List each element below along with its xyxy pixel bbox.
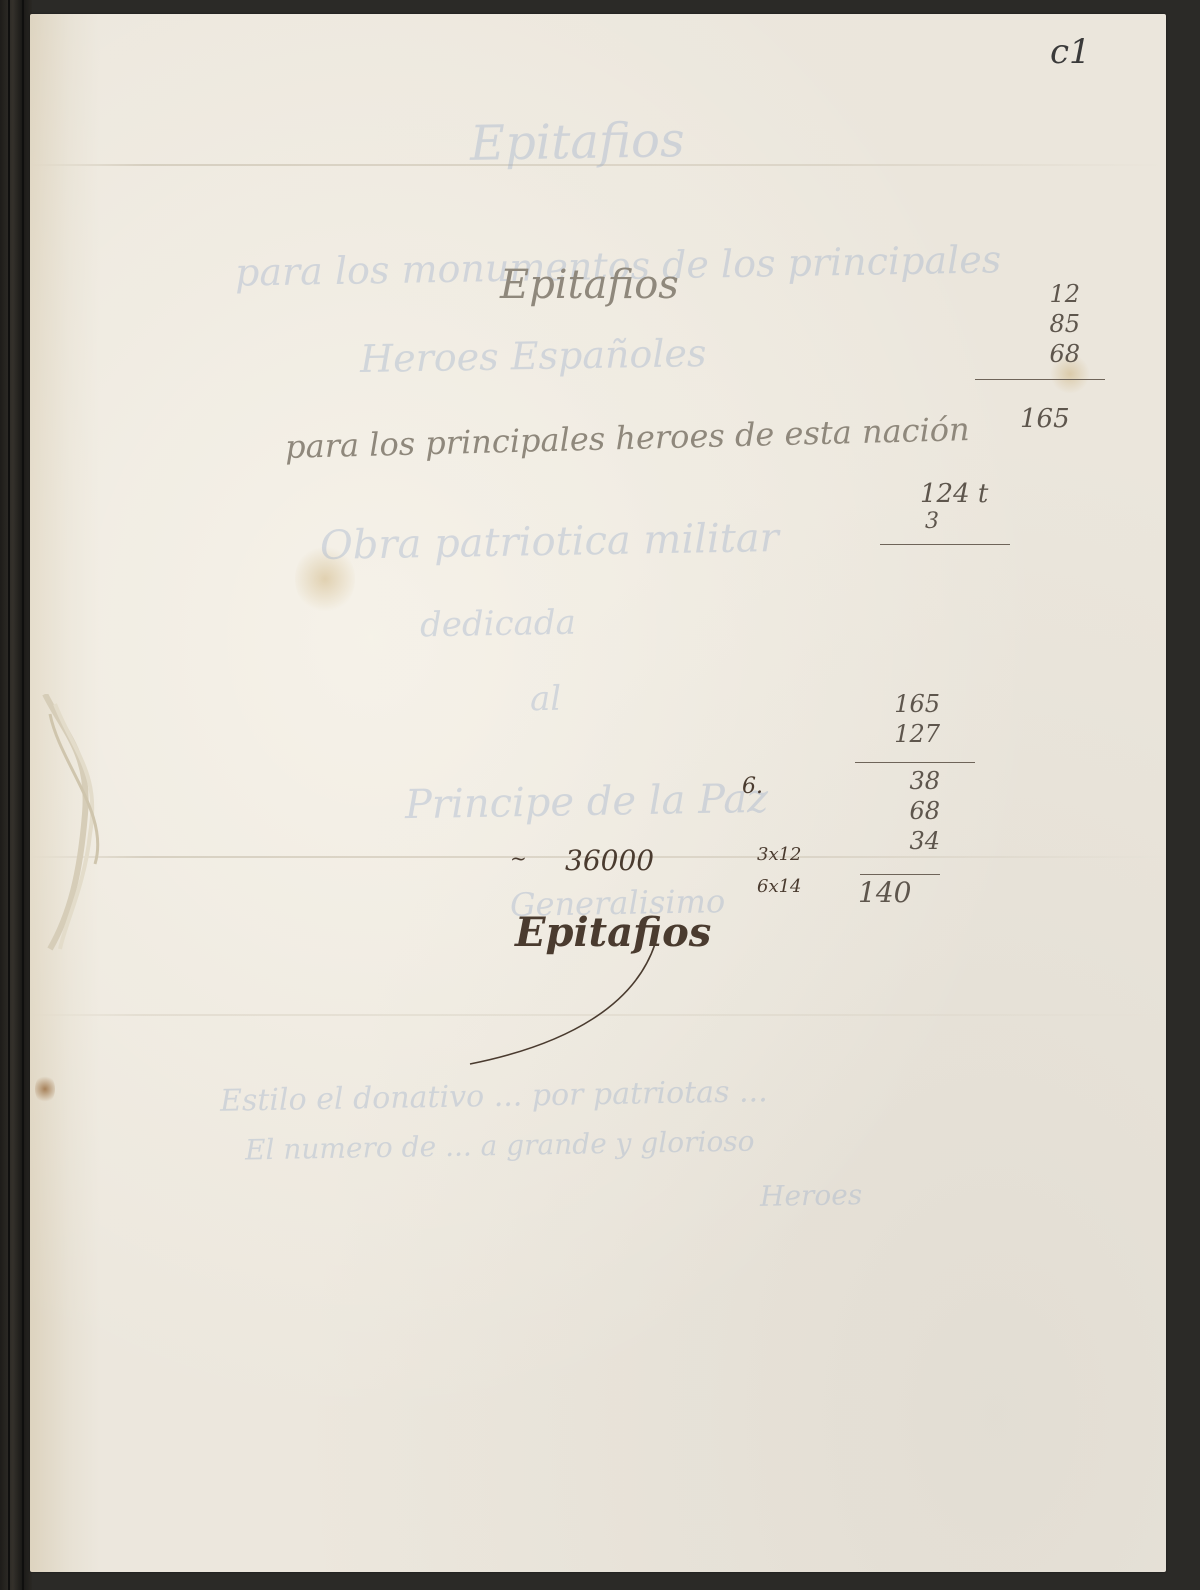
ghost-text: Heroes xyxy=(760,1178,863,1213)
manuscript-page: Epitafios para los monumentos de los pri… xyxy=(30,14,1166,1572)
sum-total: 165 xyxy=(1020,404,1070,434)
calc-dash: ~ xyxy=(510,846,527,870)
amount: 36000 xyxy=(565,844,654,877)
sum-value: 68 xyxy=(1020,339,1080,369)
ghost-text: Principe de la Paz xyxy=(405,776,769,828)
calc-six: 6. xyxy=(742,774,763,799)
calc-rule xyxy=(880,544,1010,545)
ghost-text: Estilo el donativo ... por patriotas ... xyxy=(220,1074,768,1119)
subtract-value: 165 xyxy=(870,689,940,719)
sum-value: 85 xyxy=(1020,309,1080,339)
calc-row: 124 t xyxy=(920,479,988,509)
sum-value: 12 xyxy=(1020,279,1080,309)
subtract-column: 165 127 xyxy=(870,689,940,749)
add-total: 140 xyxy=(858,876,911,909)
ghost-text: dedicada xyxy=(420,603,577,646)
book-spine xyxy=(0,0,32,1590)
add-value: 34 xyxy=(870,826,940,856)
spine-groove xyxy=(22,0,24,1590)
main-line: para los principales heroes de esta naci… xyxy=(285,410,970,466)
multiplication: 6x14 xyxy=(757,876,802,897)
folio-mark: c1 xyxy=(1050,32,1091,72)
spine-groove xyxy=(8,0,10,1590)
flourish-stroke xyxy=(460,934,680,1074)
ghost-text: El numero de ... a grande y glorioso xyxy=(245,1125,755,1167)
ghost-text: Epitafios xyxy=(470,112,686,172)
multiplication: 3x12 xyxy=(757,844,802,865)
faint-title: Epitafios xyxy=(500,262,679,308)
add-column: 38 68 34 xyxy=(870,766,940,856)
ghost-text: Obra patriotica militar xyxy=(320,515,780,569)
subtract-rule xyxy=(855,762,975,763)
sum-rule xyxy=(975,379,1105,380)
ghost-text: Heroes Españoles xyxy=(360,331,707,381)
add-value: 38 xyxy=(870,766,940,796)
binding-thread xyxy=(40,694,120,954)
add-value: 68 xyxy=(870,796,940,826)
subtract-value: 127 xyxy=(870,719,940,749)
calc-sub: 3 xyxy=(925,509,939,534)
stain xyxy=(35,1074,55,1104)
ghost-text: al xyxy=(530,679,562,720)
sum-column: 12 85 68 xyxy=(1020,279,1080,369)
add-rule xyxy=(860,874,940,875)
